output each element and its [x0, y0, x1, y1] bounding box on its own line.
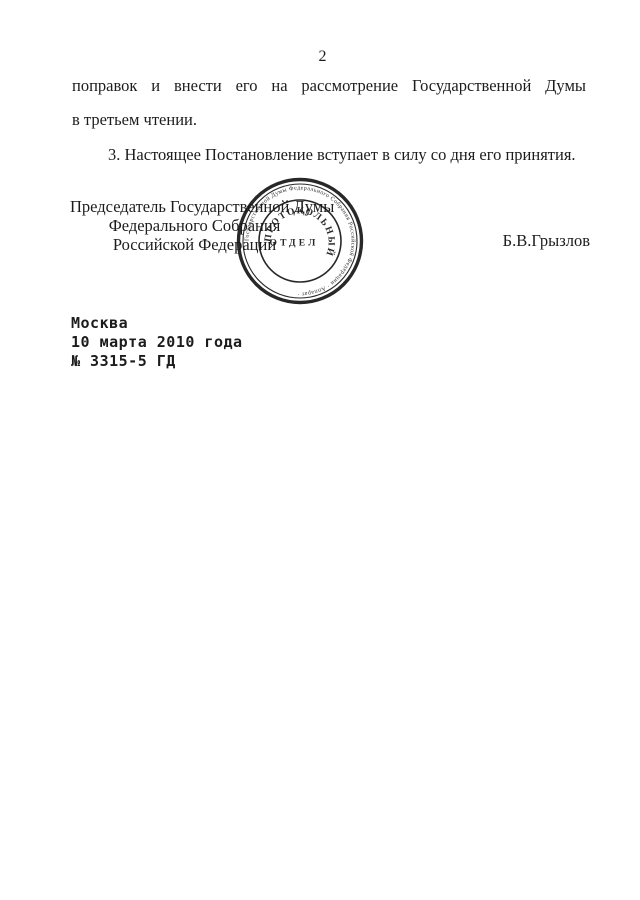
footer-city: Москва — [71, 314, 243, 333]
paragraph-line-1: поправок и внести его на рассмотрение Го… — [72, 76, 586, 96]
page-number: 2 — [0, 48, 640, 66]
signatory-name: Б.В.Грызлов — [430, 231, 590, 251]
official-stamp-icon: Государственной Думы Федерального Собран… — [230, 171, 370, 311]
paragraph-line-2: в третьем чтении. — [72, 110, 197, 130]
stamp-center-text: ОТДЕЛ — [270, 239, 319, 249]
document-page: 2 поправок и внести его на рассмотрение … — [0, 0, 640, 900]
paragraph-item-3: 3. Настоящее Постановление вступает в си… — [108, 145, 576, 165]
footer-block: Москва 10 марта 2010 года № 3315-5 ГД — [71, 314, 243, 371]
footer-doc-number: № 3315-5 ГД — [71, 352, 243, 371]
footer-date: 10 марта 2010 года — [71, 333, 243, 352]
